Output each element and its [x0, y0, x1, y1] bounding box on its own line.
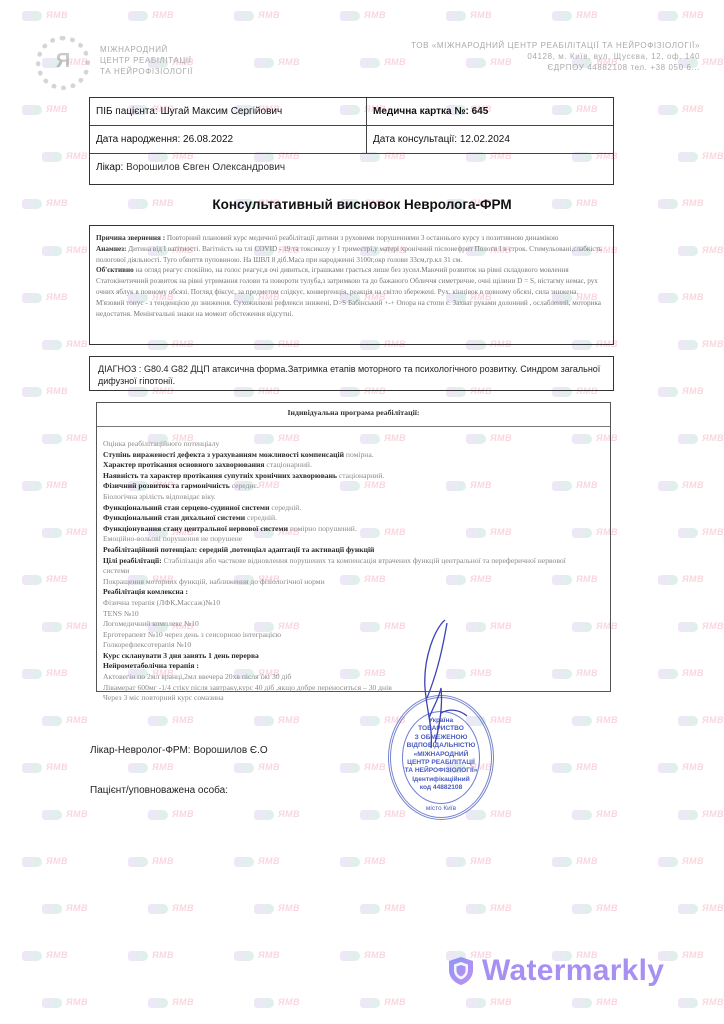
stamp-line: ТА НЕЙРОФІЗІОЛОГІЇ» — [388, 767, 494, 775]
rehab-line: Через 3 міс повторний курс сомазина — [103, 693, 604, 704]
rehab-line-label: Цілі реабілітації: — [103, 556, 162, 565]
rehab-line-text: Стабілізація або часткове відновлення по… — [162, 556, 566, 565]
handwritten-signature-icon — [405, 618, 485, 758]
dob-label: Дата народження: — [96, 134, 180, 145]
dob-value: 26.08.2022 — [183, 134, 233, 145]
org-right-line: ЄДРПОУ 44882108 тел. +38 050 6... — [320, 62, 700, 73]
rehab-line: Реабілітаційний потенціал: середній ,пот… — [103, 545, 604, 556]
rehab-line-text: середній. — [269, 503, 301, 512]
objective-label: Об'єктивно — [96, 266, 134, 274]
consult-date-label: Дата консультації: — [373, 134, 457, 145]
doctor-label: Лікар: — [96, 162, 123, 173]
org-details-right: ТОВ «МІЖНАРОДНИЙ ЦЕНТР РЕАБІЛІТАЦІЇ ТА Н… — [320, 40, 700, 73]
rehab-program-body: Оцінка реабілітаційного потенціалуСтупін… — [97, 427, 610, 704]
org-right-line: ТОВ «МІЖНАРОДНИЙ ЦЕНТР РЕАБІЛІТАЦІЇ ТА Н… — [320, 40, 700, 51]
rehab-line-text: стаціонарний. — [337, 471, 384, 480]
rehab-line: TENS №10 — [103, 609, 604, 620]
medical-card-label: Медична картка №: — [373, 106, 469, 117]
document-page: Я МІЖНАРОДНИЙ ЦЕНТР РЕАБІЛІТАЦІЇ ТА НЕЙР… — [0, 0, 724, 1024]
rehab-line: Емоційно-вольові порушення не порушене — [103, 534, 604, 545]
rehab-line-text: стаціонарний. — [265, 460, 312, 469]
rehab-line: Логомедичний комплекс №10 — [103, 619, 604, 630]
patient-name-value: Шугай Максим Сергійович — [160, 106, 282, 117]
org-left-line: ЦЕНТР РЕАБІЛІТАЦІЇ — [100, 55, 193, 66]
rehab-line: Реабілітація комлексна : — [103, 587, 604, 598]
diagnosis-text: G80.4 G82 ДЦП атаксична форма.Затримка е… — [98, 364, 600, 386]
reason-text: Повторний плановий курс медичної реабілі… — [167, 234, 558, 242]
rehab-line-text: системи — [103, 566, 129, 575]
rehab-line-text: помірна. — [344, 450, 374, 459]
consult-date-cell: Дата консультації: 12.02.2024 — [367, 126, 613, 153]
dob-cell: Дата народження: 26.08.2022 — [90, 126, 367, 153]
org-name-left: МІЖНАРОДНИЙ ЦЕНТР РЕАБІЛІТАЦІЇ ТА НЕЙРОФ… — [100, 44, 193, 77]
rehab-line-text: Логомедичний комплекс №10 — [103, 619, 199, 628]
rehab-line: Біологічна зрілість відповідає віку. — [103, 492, 604, 503]
doctor-value: Ворошилов Євген Олександрович — [126, 162, 285, 173]
rehab-line: Цілі реабілітації: Стабілізація або част… — [103, 556, 604, 567]
rehab-line: Лівамерат 600мг -1/4 стіку після завтрак… — [103, 683, 604, 694]
medical-card-cell: Медична картка №: 645 — [367, 98, 613, 125]
rehab-line: Актовегін по 2мл вранці,2мл ввечера 20хв… — [103, 672, 604, 683]
anamnesis-block: Причина звернення : Повторний плановий к… — [89, 225, 614, 345]
rehab-line-label: Функціональний стан дихальної системи — [103, 513, 245, 522]
rehab-line: Голкорефлексотерапія №10 — [103, 640, 604, 651]
rehab-line: Курс склaнувати 3 дня занять 1 день пере… — [103, 651, 604, 662]
rehab-line: Характер протікання основного захворюван… — [103, 460, 604, 471]
org-right-line: 04128, м. Київ, вул. Щусєва, 12, оф. 140 — [320, 51, 700, 62]
rehab-line-label: Реабілітаційний потенціал: середній ,пот… — [103, 545, 374, 554]
rehab-line: Нейрометаболічна терапія : — [103, 661, 604, 672]
rehab-line: системи — [103, 566, 604, 577]
patient-name-cell: ПІБ пацієнта: Шугай Максим Сергійович — [90, 98, 367, 125]
consult-date-value: 12.02.2024 — [460, 134, 510, 145]
document-title: Консультативный висновок Невролога-ФРМ — [0, 197, 724, 212]
info-row: Дата народження: 26.08.2022 Дата консуль… — [90, 126, 613, 154]
patient-signature-line: Пацієнт/уповноважена особа: — [90, 785, 228, 796]
rehab-line: Функціонування стану центральної нервово… — [103, 524, 604, 535]
diagnosis-label: ДІАГНОЗ : — [98, 364, 141, 374]
watermarkly-badge: Watermarkly — [448, 954, 664, 988]
rehab-line-text: Голкорефлексотерапія №10 — [103, 640, 191, 649]
rehab-line: Функціональний стан серцево-судинної сис… — [103, 503, 604, 514]
rehab-program-header: Індивідуальна програма реабілітації: — [97, 403, 610, 427]
rehab-line-label: Фізичний розвиток та гармонічність — [103, 481, 230, 490]
rehab-line-text: Фізична терапія (ЛФК,Массаж)№10 — [103, 598, 220, 607]
history-text: Дитина від І вагітності. Вагітність на т… — [96, 245, 602, 264]
rehab-line-text: помірно порушений. — [288, 524, 357, 533]
reason-label: Причина звернення : — [96, 234, 165, 242]
rehab-line-text: Емоційно-вольові порушення не порушене — [103, 534, 242, 543]
patient-name-label: ПІБ пацієнта: — [96, 106, 158, 117]
doctor-signature-line: Лікар-Невролог-ФРМ: Ворошилов Є.О — [90, 745, 268, 756]
rehab-line-text: середній. — [245, 513, 277, 522]
medical-card-value: 645 — [472, 106, 489, 117]
rehab-line-label: Нейрометаболічна терапія : — [103, 661, 199, 670]
stamp-line: код 44882108 — [388, 784, 494, 792]
rehab-line: Функціональний стан дихальної системи се… — [103, 513, 604, 524]
rehab-line-text: середнє. — [230, 481, 259, 490]
rehab-line: Оцінка реабілітаційного потенціалу — [103, 439, 604, 450]
info-row: Лікар: Ворошилов Євген Олександрович — [90, 154, 613, 184]
rehab-line: Фізична терапія (ЛФК,Массаж)№10 — [103, 598, 604, 609]
rehab-line: Ступінь вираженості дефекта з урахування… — [103, 450, 604, 461]
patient-info-table: ПІБ пацієнта: Шугай Максим Сергійович Ме… — [89, 97, 614, 185]
rehab-line-text: Біологічна зрілість відповідає віку. — [103, 492, 216, 501]
rehab-line-label: Функціонування стану центральної нервово… — [103, 524, 288, 533]
org-left-line: ТА НЕЙРОФІЗІОЛОГІЇ — [100, 66, 193, 77]
rehab-line-label: Характер протікання основного захворюван… — [103, 460, 265, 469]
logo-mark: Я — [36, 50, 90, 73]
stamp-city: місто Київ — [388, 805, 494, 812]
clinic-logo: Я — [36, 36, 90, 90]
rehab-line-text: Через 3 міс повторний курс сомазина — [103, 693, 224, 702]
rehab-line-text: Ерготерапевт №10 через день з сенсорною … — [103, 630, 281, 639]
rehab-line: Наявність та характер протікання супутні… — [103, 471, 604, 482]
rehab-line-text: Лівамерат 600мг -1/4 стіку після завтрак… — [103, 683, 392, 692]
rehab-line-label: Наявність та характер протікання супутні… — [103, 471, 337, 480]
rehab-line-label: Курс склaнувати 3 дня занять 1 день пере… — [103, 651, 259, 660]
watermarkly-label: Watermarkly — [482, 954, 664, 988]
org-left-line: МІЖНАРОДНИЙ — [100, 44, 193, 55]
rehab-line-text: Оцінка реабілітаційного потенціалу — [103, 439, 219, 448]
objective-text: на огляд реагує спокійно, на голос реагу… — [96, 266, 601, 317]
diagnosis-block: ДІАГНОЗ : G80.4 G82 ДЦП атаксична форма.… — [89, 356, 614, 391]
rehab-line-label: Реабілітація комлексна : — [103, 587, 188, 596]
stamp-line: Ідентифікаційний — [388, 776, 494, 784]
info-row: ПІБ пацієнта: Шугай Максим Сергійович Ме… — [90, 98, 613, 126]
shield-icon — [448, 956, 474, 986]
rehab-program-block: Індивідуальна програма реабілітації: Оці… — [96, 402, 611, 692]
rehab-line-text: TENS №10 — [103, 609, 139, 618]
history-label: Анамнез: — [96, 245, 126, 253]
rehab-line-text: Покращення моторних функцій, наближення … — [103, 577, 325, 586]
rehab-line: Фізичний розвиток та гармонічність серед… — [103, 481, 604, 492]
rehab-line-label: Ступінь вираженості дефекта з урахування… — [103, 450, 344, 459]
rehab-line-text: Актовегін по 2мл вранці,2мл ввечера 20хв… — [103, 672, 291, 681]
rehab-line-label: Функціональний стан серцево-судинної сис… — [103, 503, 269, 512]
rehab-line: Покращення моторних функцій, наближення … — [103, 577, 604, 588]
doctor-cell: Лікар: Ворошилов Євген Олександрович — [90, 154, 613, 184]
rehab-line: Ерготерапевт №10 через день з сенсорною … — [103, 630, 604, 641]
